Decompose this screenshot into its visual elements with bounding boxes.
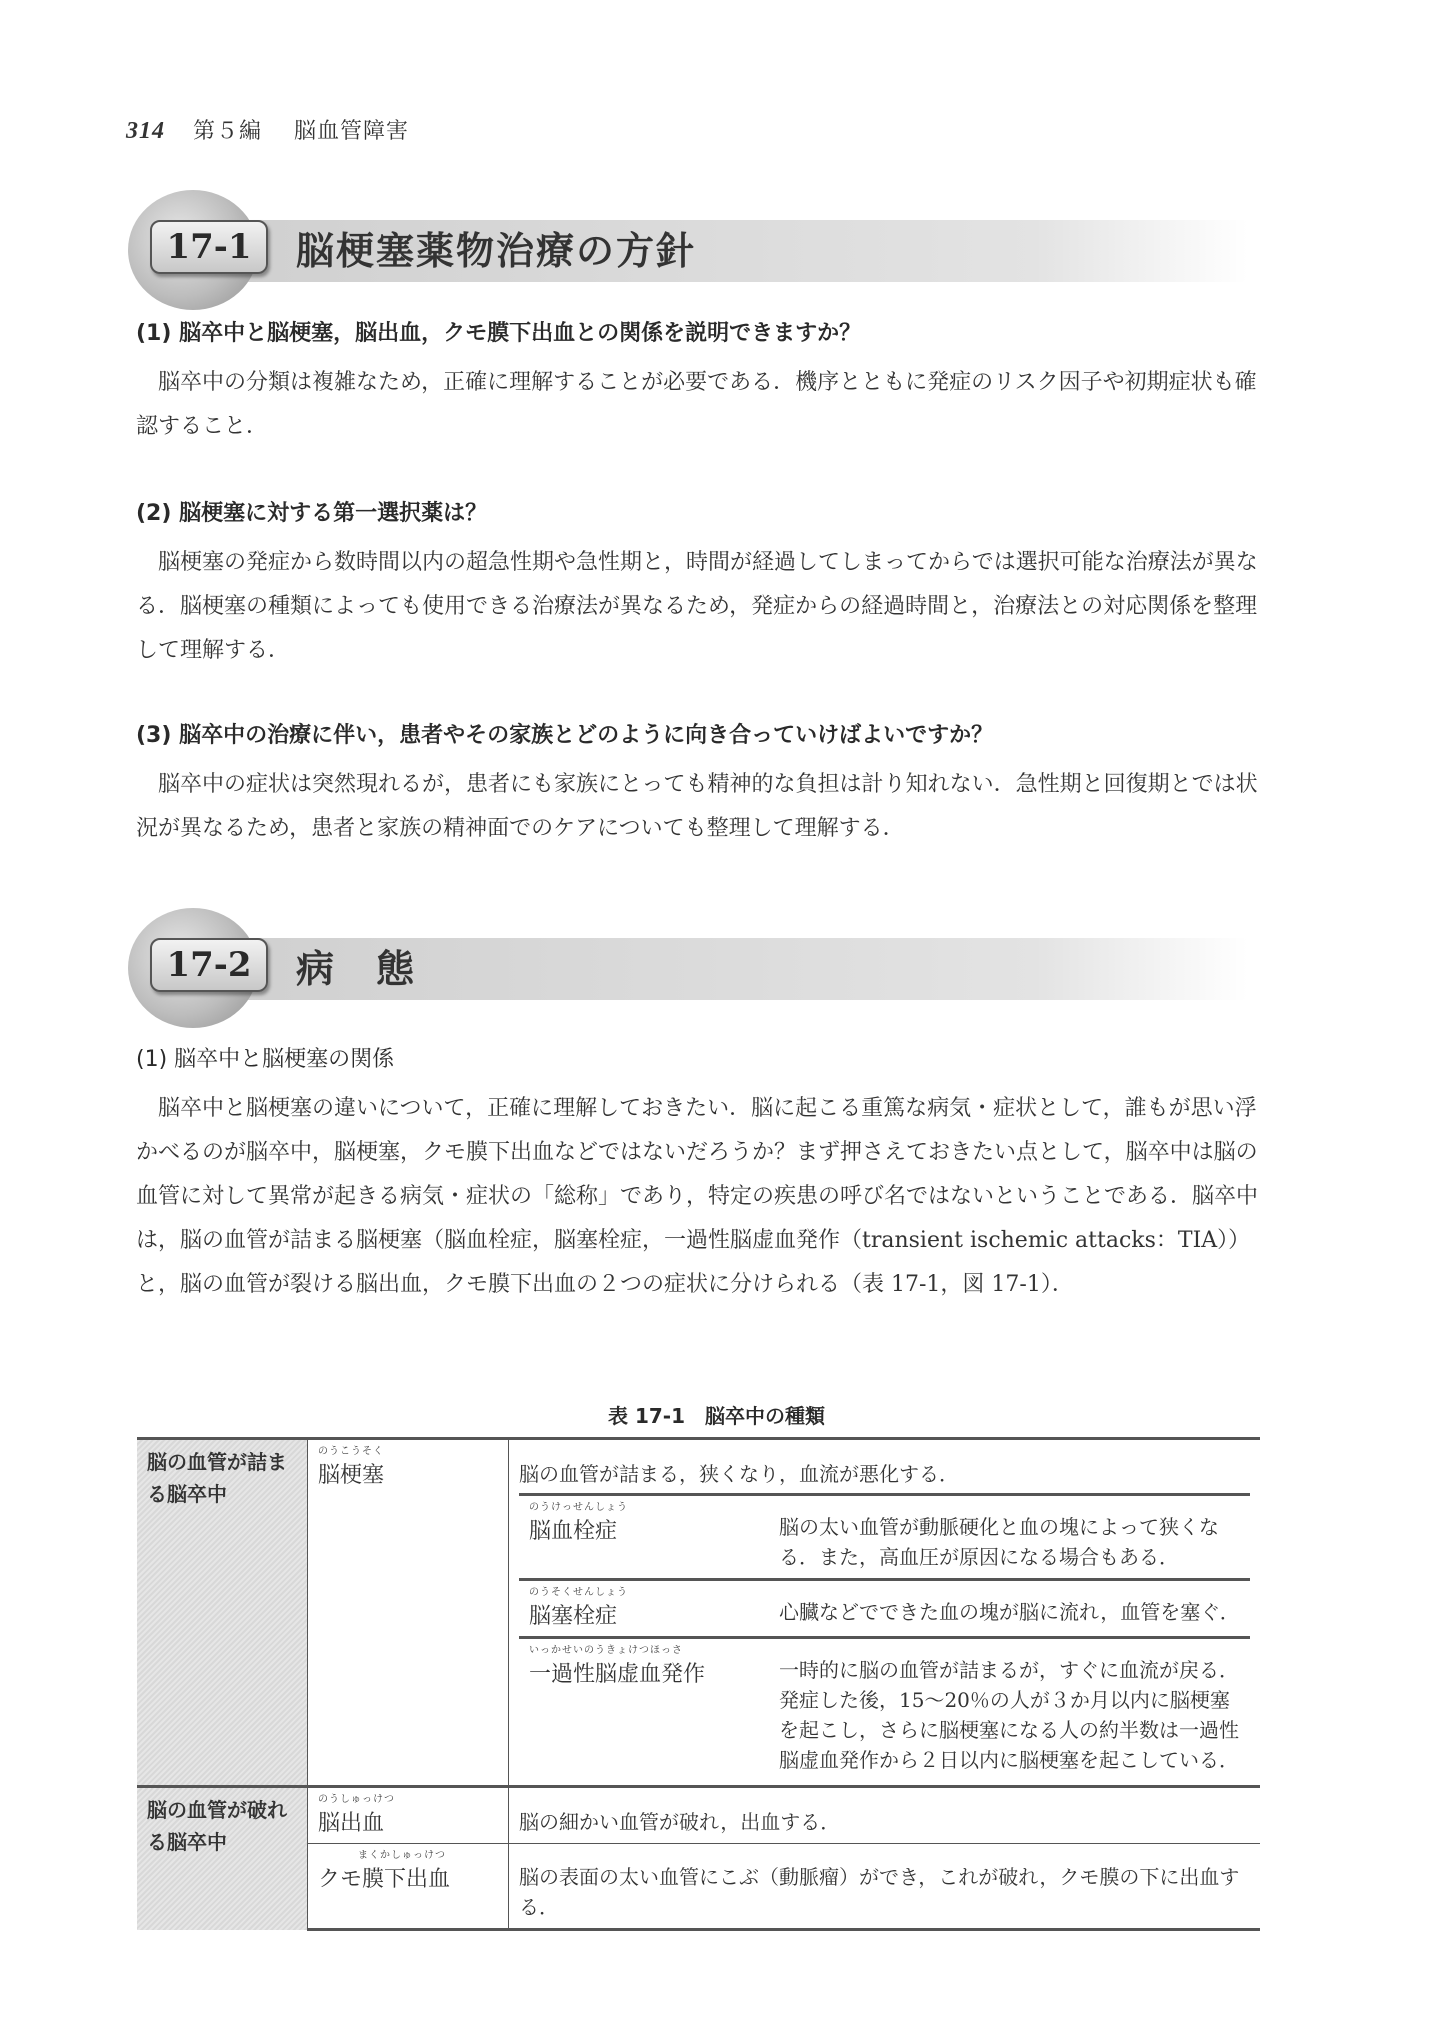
description: 脳の血管が詰まる，狭くなり，血流が悪化する． (519, 1446, 1250, 1493)
question-body: 脳卒中の症状は突然現れるが，患者にも家族にとっても精神的な負担は計り知れない．急… (136, 763, 1266, 851)
section-title: 脳梗塞薬物治療の方針 (296, 220, 696, 282)
term: 脳血栓症 (529, 1519, 617, 1544)
category-cell: 脳の血管が詰まる脳卒中 (137, 1439, 308, 1787)
subtype-table: のうけっせんしょう 脳血栓症 脳の太い血管が動脈硬化と血の塊によって狭くなる．ま… (519, 1493, 1250, 1779)
stroke-types-table: 脳の血管が詰まる脳卒中 のうこうそく 脳梗塞 脳の血管が詰まる，狭くなり，血流が… (137, 1437, 1260, 1931)
subtype-name: のうけっせんしょう 脳血栓症 (519, 1495, 769, 1580)
name-cell: のうしゅっけつ 脳出血 (308, 1787, 509, 1844)
section-heading-17-2: 17-2 病 態 (128, 908, 1248, 1028)
section-number-badge: 17-2 (150, 938, 268, 992)
subtype-row: いっかせいのうきょけつほっさ 一過性脳虚血発作 一時的に脳の血管が詰まるが，すぐ… (519, 1638, 1250, 1780)
question-body: 脳梗塞の発症から数時間以内の超急性期や急性期と，時間が経過してしまってからでは選… (136, 541, 1266, 673)
subtype-row: のうそくせんしょう 脳塞栓症 心臓などでできた血の塊が脳に流れ，血管を塞ぐ． (519, 1580, 1250, 1638)
table-caption: 表 17-1 脳卒中の種類 (0, 1400, 1433, 1429)
question-heading: (2) 脳梗塞に対する第一選択薬は？ (136, 496, 1266, 527)
term: 脳梗塞 (318, 1463, 384, 1488)
table-row: 脳の血管が詰まる脳卒中 のうこうそく 脳梗塞 脳の血管が詰まる，狭くなり，血流が… (137, 1439, 1260, 1787)
question-1: (1) 脳卒中と脳梗塞，脳出血，クモ膜下出血との関係を説明できますか？ 脳卒中の… (136, 316, 1266, 449)
description-cell: 脳の細かい血管が破れ，出血する． (509, 1787, 1261, 1844)
section-title: 病 態 (296, 938, 416, 1000)
term: 脳塞栓症 (529, 1604, 617, 1629)
term: 一過性脳虚血発作 (529, 1662, 705, 1687)
subsection-1: (1) 脳卒中と脳梗塞の関係 脳卒中と脳梗塞の違いについて，正確に理解しておきた… (136, 1042, 1266, 1307)
category-cell: 脳の血管が破れる脳卒中 (137, 1787, 308, 1930)
section-heading-17-1: 17-1 脳梗塞薬物治療の方針 (128, 190, 1248, 310)
part-title: 脳血管障害 (294, 119, 409, 144)
table-row: 脳の血管が破れる脳卒中 のうしゅっけつ 脳出血 脳の細かい血管が破れ，出血する． (137, 1787, 1260, 1844)
subsection-body: 脳卒中と脳梗塞の違いについて，正確に理解しておきたい．脳に起こる重篤な病気・症状… (136, 1087, 1266, 1307)
subtype-name: のうそくせんしょう 脳塞栓症 (519, 1580, 769, 1638)
question-heading: (3) 脳卒中の治療に伴い，患者やその家族とどのように向き合っていけばよいですか… (136, 718, 1266, 749)
name-cell: まくかしゅっけつ クモ膜下出血 (308, 1844, 509, 1930)
ruby-reading: のうけっせんしょう (529, 1502, 759, 1514)
subtype-description: 脳の太い血管が動脈硬化と血の塊によって狭くなる．また，高血圧が原因になる場合もあ… (769, 1495, 1250, 1580)
ruby-reading: のうそくせんしょう (529, 1587, 759, 1599)
term: 脳出血 (318, 1811, 384, 1836)
part-label: 第５編 (193, 119, 262, 144)
question-body: 脳卒中の分類は複雑なため，正確に理解することが必要である．機序とともに発症のリス… (136, 361, 1266, 449)
term: クモ膜下出血 (318, 1867, 450, 1892)
name-cell: のうこうそく 脳梗塞 (308, 1439, 509, 1787)
question-2: (2) 脳梗塞に対する第一選択薬は？ 脳梗塞の発症から数時間以内の超急性期や急性… (136, 496, 1266, 673)
description-cell: 脳の表面の太い血管にこぶ（動脈瘤）ができ，これが破れ，クモ膜の下に出血する． (509, 1844, 1261, 1930)
ruby-reading: いっかせいのうきょけつほっさ (529, 1645, 759, 1657)
ruby-reading: のうしゅっけつ (318, 1794, 498, 1806)
subtype-name: いっかせいのうきょけつほっさ 一過性脳虚血発作 (519, 1638, 769, 1780)
description-cell: 脳の血管が詰まる，狭くなり，血流が悪化する． のうけっせんしょう 脳血栓症 脳の… (509, 1439, 1261, 1787)
subtype-description: 心臓などでできた血の塊が脳に流れ，血管を塞ぐ． (769, 1580, 1250, 1638)
question-3: (3) 脳卒中の治療に伴い，患者やその家族とどのように向き合っていけばよいですか… (136, 718, 1266, 851)
section-number-badge: 17-1 (150, 220, 268, 274)
subtype-description: 一時的に脳の血管が詰まるが，すぐに血流が戻る．発症した後，15～20％の人が３か… (769, 1638, 1250, 1780)
running-header: 314 第５編 脳血管障害 (126, 114, 409, 145)
subsection-heading: (1) 脳卒中と脳梗塞の関係 (136, 1042, 1266, 1073)
ruby-reading: のうこうそく (318, 1446, 498, 1458)
ruby-reading: まくかしゅっけつ (318, 1850, 498, 1862)
question-heading: (1) 脳卒中と脳梗塞，脳出血，クモ膜下出血との関係を説明できますか？ (136, 316, 1266, 347)
subtype-row: のうけっせんしょう 脳血栓症 脳の太い血管が動脈硬化と血の塊によって狭くなる．ま… (519, 1495, 1250, 1580)
page-number: 314 (126, 118, 165, 144)
